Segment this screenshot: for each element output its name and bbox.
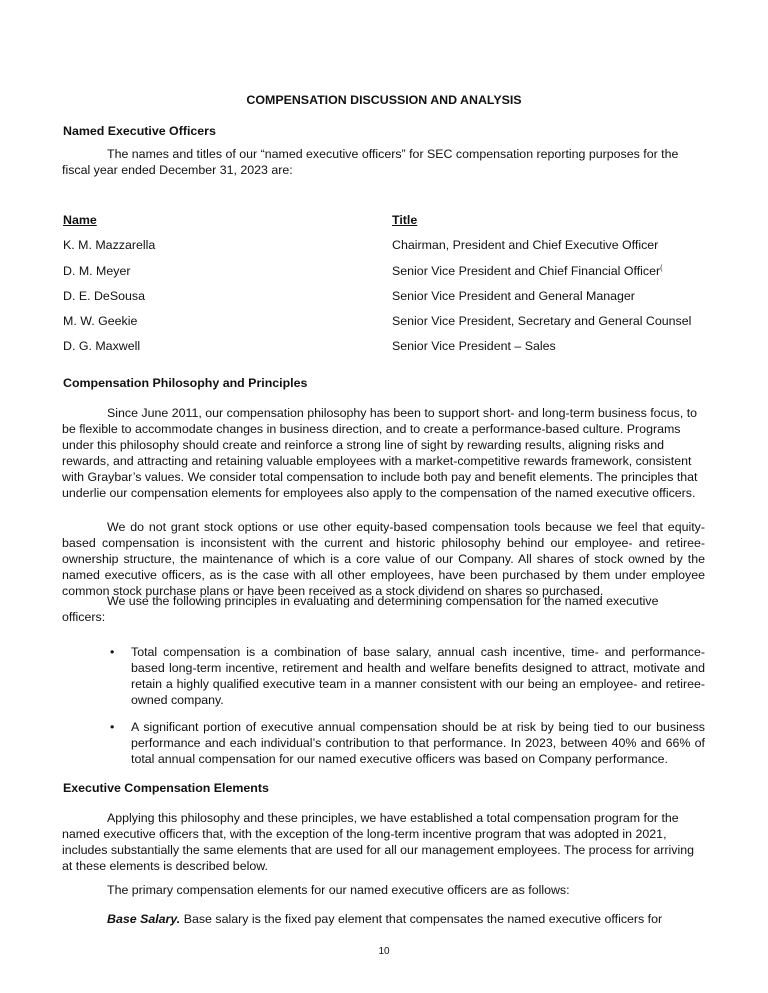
officer-title-text: Chairman, President and Chief Executive … (392, 238, 658, 252)
column-header-title: Title (392, 212, 417, 228)
column-header-name: Name (63, 212, 97, 228)
bullet-icon: • (110, 644, 114, 660)
bullet-icon: • (110, 719, 114, 735)
table-row: D. M. Meyer Senior Vice President and Ch… (63, 263, 708, 288)
officer-title-text: Senior Vice President and Chief Financia… (392, 264, 660, 278)
officer-name: D. E. DeSousa (63, 288, 145, 304)
officer-title: Senior Vice President, Secretary and Gen… (392, 313, 691, 329)
footnote-marker: ( (660, 264, 662, 271)
principle-bullet: • A significant portion of executive ann… (62, 719, 705, 767)
base-salary-paragraph: Base Salary. Base salary is the fixed pa… (62, 911, 705, 927)
officer-name: K. M. Mazzarella (63, 237, 155, 253)
document-title: COMPENSATION DISCUSSION AND ANALYSIS (0, 92, 768, 108)
officer-title-text: Senior Vice President, Secretary and Gen… (392, 314, 691, 328)
philosophy-paragraph-1: Since June 2011, our compensation philos… (62, 405, 705, 501)
officer-title-text: Senior Vice President – Sales (392, 339, 556, 353)
principle-text: Total compensation is a combination of b… (131, 644, 705, 708)
table-row: D. G. Maxwell Senior Vice President – Sa… (63, 338, 708, 363)
principle-bullet: • Total compensation is a combination of… (62, 644, 705, 708)
officer-title: Senior Vice President and General Manage… (392, 288, 635, 304)
officer-title: Senior Vice President and Chief Financia… (392, 263, 663, 279)
table-row: K. M. Mazzarella Chairman, President and… (63, 237, 708, 262)
principle-text: A significant portion of executive annua… (131, 719, 705, 767)
elements-paragraph-1: Applying this philosophy and these princ… (62, 810, 705, 874)
section-heading-elements: Executive Compensation Elements (63, 780, 269, 796)
section-heading-named-officers: Named Executive Officers (63, 123, 216, 139)
page-number: 10 (0, 944, 768, 960)
officer-title: Senior Vice President – Sales (392, 338, 556, 354)
officer-table-header: Name Title (63, 212, 708, 237)
philosophy-paragraph-2: We do not grant stock options or use oth… (62, 519, 705, 599)
officer-title-text: Senior Vice President and General Manage… (392, 289, 635, 303)
officer-name: D. G. Maxwell (63, 338, 140, 354)
elements-paragraph-2: The primary compensation elements for ou… (62, 882, 705, 898)
philosophy-paragraph-3: We use the following principles in evalu… (62, 593, 705, 625)
officer-name: D. M. Meyer (63, 263, 130, 279)
officer-table: Name Title K. M. Mazzarella Chairman, Pr… (63, 212, 708, 364)
officer-name: M. W. Geekie (63, 313, 137, 329)
table-row: D. E. DeSousa Senior Vice President and … (63, 288, 708, 313)
table-row: M. W. Geekie Senior Vice President, Secr… (63, 313, 708, 338)
base-salary-label: Base Salary. (107, 912, 180, 926)
named-officers-intro: The names and titles of our “named execu… (62, 146, 705, 178)
base-salary-text: Base salary is the fixed pay element tha… (180, 912, 662, 926)
officer-title: Chairman, President and Chief Executive … (392, 237, 658, 253)
section-heading-philosophy: Compensation Philosophy and Principles (63, 375, 307, 391)
